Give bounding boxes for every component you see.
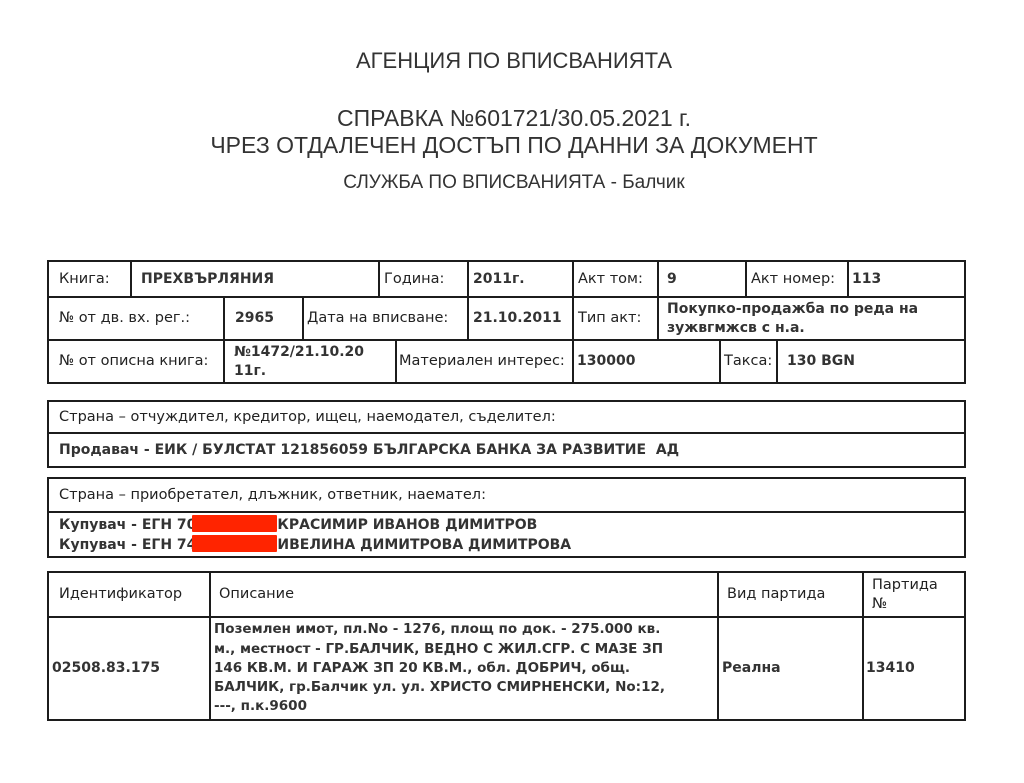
act-number-value-cell: 113 [849, 262, 966, 298]
year-value: 2011г. [473, 270, 525, 289]
grantor-header-row: Страна – отчуждител, кредитор, ищец, нае… [49, 402, 966, 434]
property-identifier: 02508.83.175 [52, 659, 160, 678]
property-row: 02508.83.175 Поземлен имот, пл.No - 1276… [49, 618, 966, 721]
incoming-reg-label: № от дв. вх. рег.: [59, 309, 190, 328]
material-interest-value: 130000 [577, 352, 635, 371]
batch-number: 13410 [866, 659, 915, 678]
batch-number-header-cell: Партида № [864, 573, 966, 618]
grantor-header: Страна – отчуждител, кредитор, ищец, нае… [59, 408, 556, 427]
description-header-cell: Описание [211, 573, 719, 618]
entry-date-label: Дата на вписване: [307, 309, 448, 328]
certificate-number: СПРАВКА №601721/30.05.2021 г. [0, 107, 1024, 130]
grantee-header-cell: Страна – приобретател, длъжник, ответник… [49, 479, 966, 513]
fee-label: Такса: [724, 352, 772, 371]
properties-header-row: Идентификатор Описание Вид партида Парти… [49, 573, 966, 618]
buyer-name: ИВЕЛИНА ДИМИТРОВА ДИМИТРОВА [277, 537, 571, 553]
incoming-reg-value-cell: 2965 [225, 298, 304, 341]
grantee-header: Страна – приобретател, длъжник, ответник… [59, 486, 486, 505]
book-label: Книга: [59, 270, 110, 289]
description-header: Описание [219, 585, 294, 604]
year-label: Година: [384, 270, 444, 289]
details-row-2: № от дв. вх. рег.: 2965 Дата на вписване… [49, 298, 966, 341]
act-number-label-cell: Акт номер: [747, 262, 849, 298]
act-number-label: Акт номер: [751, 270, 835, 289]
grantor-body-cell: Продавач - ЕИК / БУЛСТАТ 121856059 БЪЛГА… [49, 434, 966, 468]
book-value: ПРЕХВЪРЛЯНИЯ [141, 270, 274, 289]
details-row-3: № от описна книга: №1472/21.10.20 11г. М… [49, 341, 966, 384]
buyer-id-prefix: Купувач - ЕГН 74 [59, 537, 196, 553]
registry-office: СЛУЖБА ПО ВПИСВАНИЯТА - Балчик [0, 173, 1024, 192]
inventory-book-label-cell: № от описна книга: [49, 341, 225, 384]
grantee-body-row: Купувач - ЕГН 70КРАСИМИР ИВАНОВ ДИМИТРОВ… [49, 513, 966, 558]
act-type-label-cell: Тип акт: [574, 298, 659, 341]
details-row-1: Книга: ПРЕХВЪРЛЯНИЯ Година: 2011г. Акт т… [49, 262, 966, 298]
incoming-reg-value: 2965 [235, 309, 274, 328]
act-type-line-1: Покупко-продажба по реда на [667, 300, 918, 319]
buyer-id-prefix: Купувач - ЕГН 70 [59, 517, 196, 533]
description-line: ---, п.к.9600 [214, 697, 307, 716]
identifier-header-cell: Идентификатор [49, 573, 211, 618]
description-cell: Поземлен имот, пл.No - 1276, площ по док… [211, 618, 719, 721]
batch-number-header-line-1: Партида [872, 576, 938, 595]
batch-type-cell: Реална [719, 618, 864, 721]
batch-type: Реална [722, 659, 781, 678]
fee-label-cell: Такса: [721, 341, 778, 384]
volume-value-cell: 9 [659, 262, 747, 298]
grantor-header-cell: Страна – отчуждител, кредитор, ищец, нае… [49, 402, 966, 434]
book-value-cell: ПРЕХВЪРЛЯНИЯ [132, 262, 380, 298]
book-label-cell: Книга: [49, 262, 132, 298]
fee-value-cell: 130 BGN [778, 341, 966, 384]
properties-table: Идентификатор Описание Вид партида Парти… [47, 571, 966, 721]
redaction-bar [192, 535, 277, 552]
redaction-bar [192, 515, 277, 532]
certificate-subtitle: ЧРЕЗ ОТДАЛЕЧЕН ДОСТЪП ПО ДАННИ ЗА ДОКУМЕ… [0, 134, 1024, 157]
fee-value: 130 BGN [787, 352, 855, 371]
inventory-book-line-1: №1472/21.10.20 [234, 343, 364, 362]
seller-entry: Продавач - ЕИК / БУЛСТАТ 121856059 БЪЛГА… [59, 441, 679, 460]
identifier-cell: 02508.83.175 [49, 618, 211, 721]
buyer-entry: Купувач - ЕГН 70КРАСИМИР ИВАНОВ ДИМИТРОВ [59, 515, 537, 535]
entry-date-value: 21.10.2011 [473, 309, 562, 328]
material-interest-label: Материален интерес: [399, 352, 565, 371]
description-line: Поземлен имот, пл.No - 1276, площ по док… [214, 620, 660, 639]
description-line: 146 КВ.М. И ГАРАЖ ЗП 20 КВ.М., обл. ДОБР… [214, 659, 630, 678]
grantor-party-table: Страна – отчуждител, кредитор, ищец, нае… [47, 400, 966, 468]
description-line: БАЛЧИК, гр.Балчик ул. ул. ХРИСТО СМИРНЕН… [214, 678, 665, 697]
incoming-reg-label-cell: № от дв. вх. рег.: [49, 298, 225, 341]
material-interest-label-cell: Материален интерес: [397, 341, 574, 384]
batch-type-header: Вид партида [727, 585, 825, 604]
batch-type-header-cell: Вид партида [719, 573, 864, 618]
volume-value: 9 [667, 270, 677, 289]
batch-number-cell: 13410 [864, 618, 966, 721]
agency-title: АГЕНЦИЯ ПО ВПИСВАНИЯТА [0, 50, 1024, 72]
act-type-label: Тип акт: [578, 309, 641, 328]
act-type-value-cell: Покупко-продажба по реда на зужвгмжсв с … [659, 298, 966, 341]
grantor-body-row: Продавач - ЕИК / БУЛСТАТ 121856059 БЪЛГА… [49, 434, 966, 468]
buyer-entry: Купувач - ЕГН 74ИВЕЛИНА ДИМИТРОВА ДИМИТР… [59, 535, 571, 555]
inventory-book-line-2: 11г. [234, 362, 266, 381]
grantee-body-cell: Купувач - ЕГН 70КРАСИМИР ИВАНОВ ДИМИТРОВ… [49, 513, 966, 558]
grantee-party-table: Страна – приобретател, длъжник, ответник… [47, 477, 966, 558]
year-label-cell: Година: [380, 262, 469, 298]
entry-date-value-cell: 21.10.2011 [469, 298, 574, 341]
year-value-cell: 2011г. [469, 262, 574, 298]
buyer-name: КРАСИМИР ИВАНОВ ДИМИТРОВ [277, 517, 537, 533]
identifier-header: Идентификатор [59, 585, 182, 604]
description-line: м., местност - ГР.БАЛЧИК, ВЕДНО С ЖИЛ.СГ… [214, 640, 663, 659]
batch-number-header-line-2: № [872, 595, 887, 614]
entry-date-label-cell: Дата на вписване: [304, 298, 469, 341]
inventory-book-label: № от описна книга: [59, 352, 208, 371]
act-type-line-2: зужвгмжсв с н.а. [667, 319, 805, 338]
material-interest-value-cell: 130000 [574, 341, 721, 384]
volume-label-cell: Акт том: [574, 262, 659, 298]
act-number-value: 113 [852, 270, 881, 289]
grantee-header-row: Страна – приобретател, длъжник, ответник… [49, 479, 966, 513]
volume-label: Акт том: [578, 270, 643, 289]
document-details-table: Книга: ПРЕХВЪРЛЯНИЯ Година: 2011г. Акт т… [47, 260, 966, 384]
inventory-book-value-cell: №1472/21.10.20 11г. [225, 341, 397, 384]
document-page: АГЕНЦИЯ ПО ВПИСВАНИЯТА СПРАВКА №601721/3… [0, 0, 1024, 783]
